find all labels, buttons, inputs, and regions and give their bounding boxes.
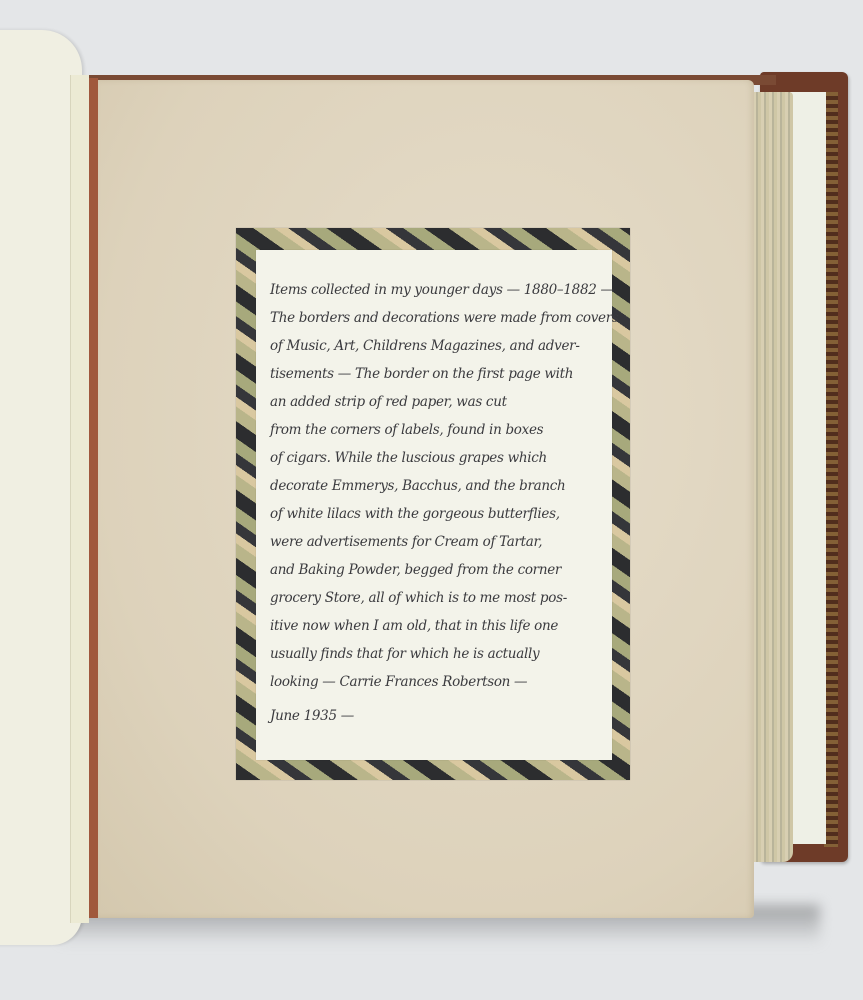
note-line: decorate Emmerys, Bacchus, and the branc… (270, 472, 602, 500)
note-date: June 1935 — (270, 702, 602, 730)
note-line: an added strip of red paper, was cut (270, 388, 602, 416)
scrapbook-page: Items collected in my younger days — 188… (98, 80, 754, 918)
note-line: tisements — The border on the first page… (270, 360, 602, 388)
scrapbook-photo: Items collected in my younger days — 188… (0, 0, 863, 1000)
note-line: were advertisements for Cream of Tartar, (270, 528, 602, 556)
endpaper (790, 92, 826, 844)
gilt-tooling (824, 92, 838, 847)
note-line: usually finds that for which he is actua… (270, 640, 602, 668)
note-line: Items collected in my younger days — 188… (270, 276, 602, 304)
note-line: and Baking Powder, begged from the corne… (270, 556, 602, 584)
left-page-edge (70, 75, 89, 923)
note-line: of cigars. While the luscious grapes whi… (270, 444, 602, 472)
note-text: Items collected in my younger days — 188… (270, 276, 602, 730)
note-line: from the corners of labels, found in box… (270, 416, 602, 444)
note-closing: looking — Carrie Frances Robertson — (270, 668, 602, 696)
note-line: itive now when I am old, that in this li… (270, 612, 602, 640)
signature: Carrie Frances Robertson — (340, 674, 528, 690)
note-line: of white lilacs with the gorgeous butter… (270, 500, 602, 528)
note-line: looking — (270, 674, 336, 690)
note-line: grocery Store, all of which is to me mos… (270, 584, 602, 612)
note-line: of Music, Art, Childrens Magazines, and … (270, 332, 602, 360)
handwritten-note: Items collected in my younger days — 188… (256, 250, 612, 760)
note-line: The borders and decorations were made fr… (270, 304, 602, 332)
